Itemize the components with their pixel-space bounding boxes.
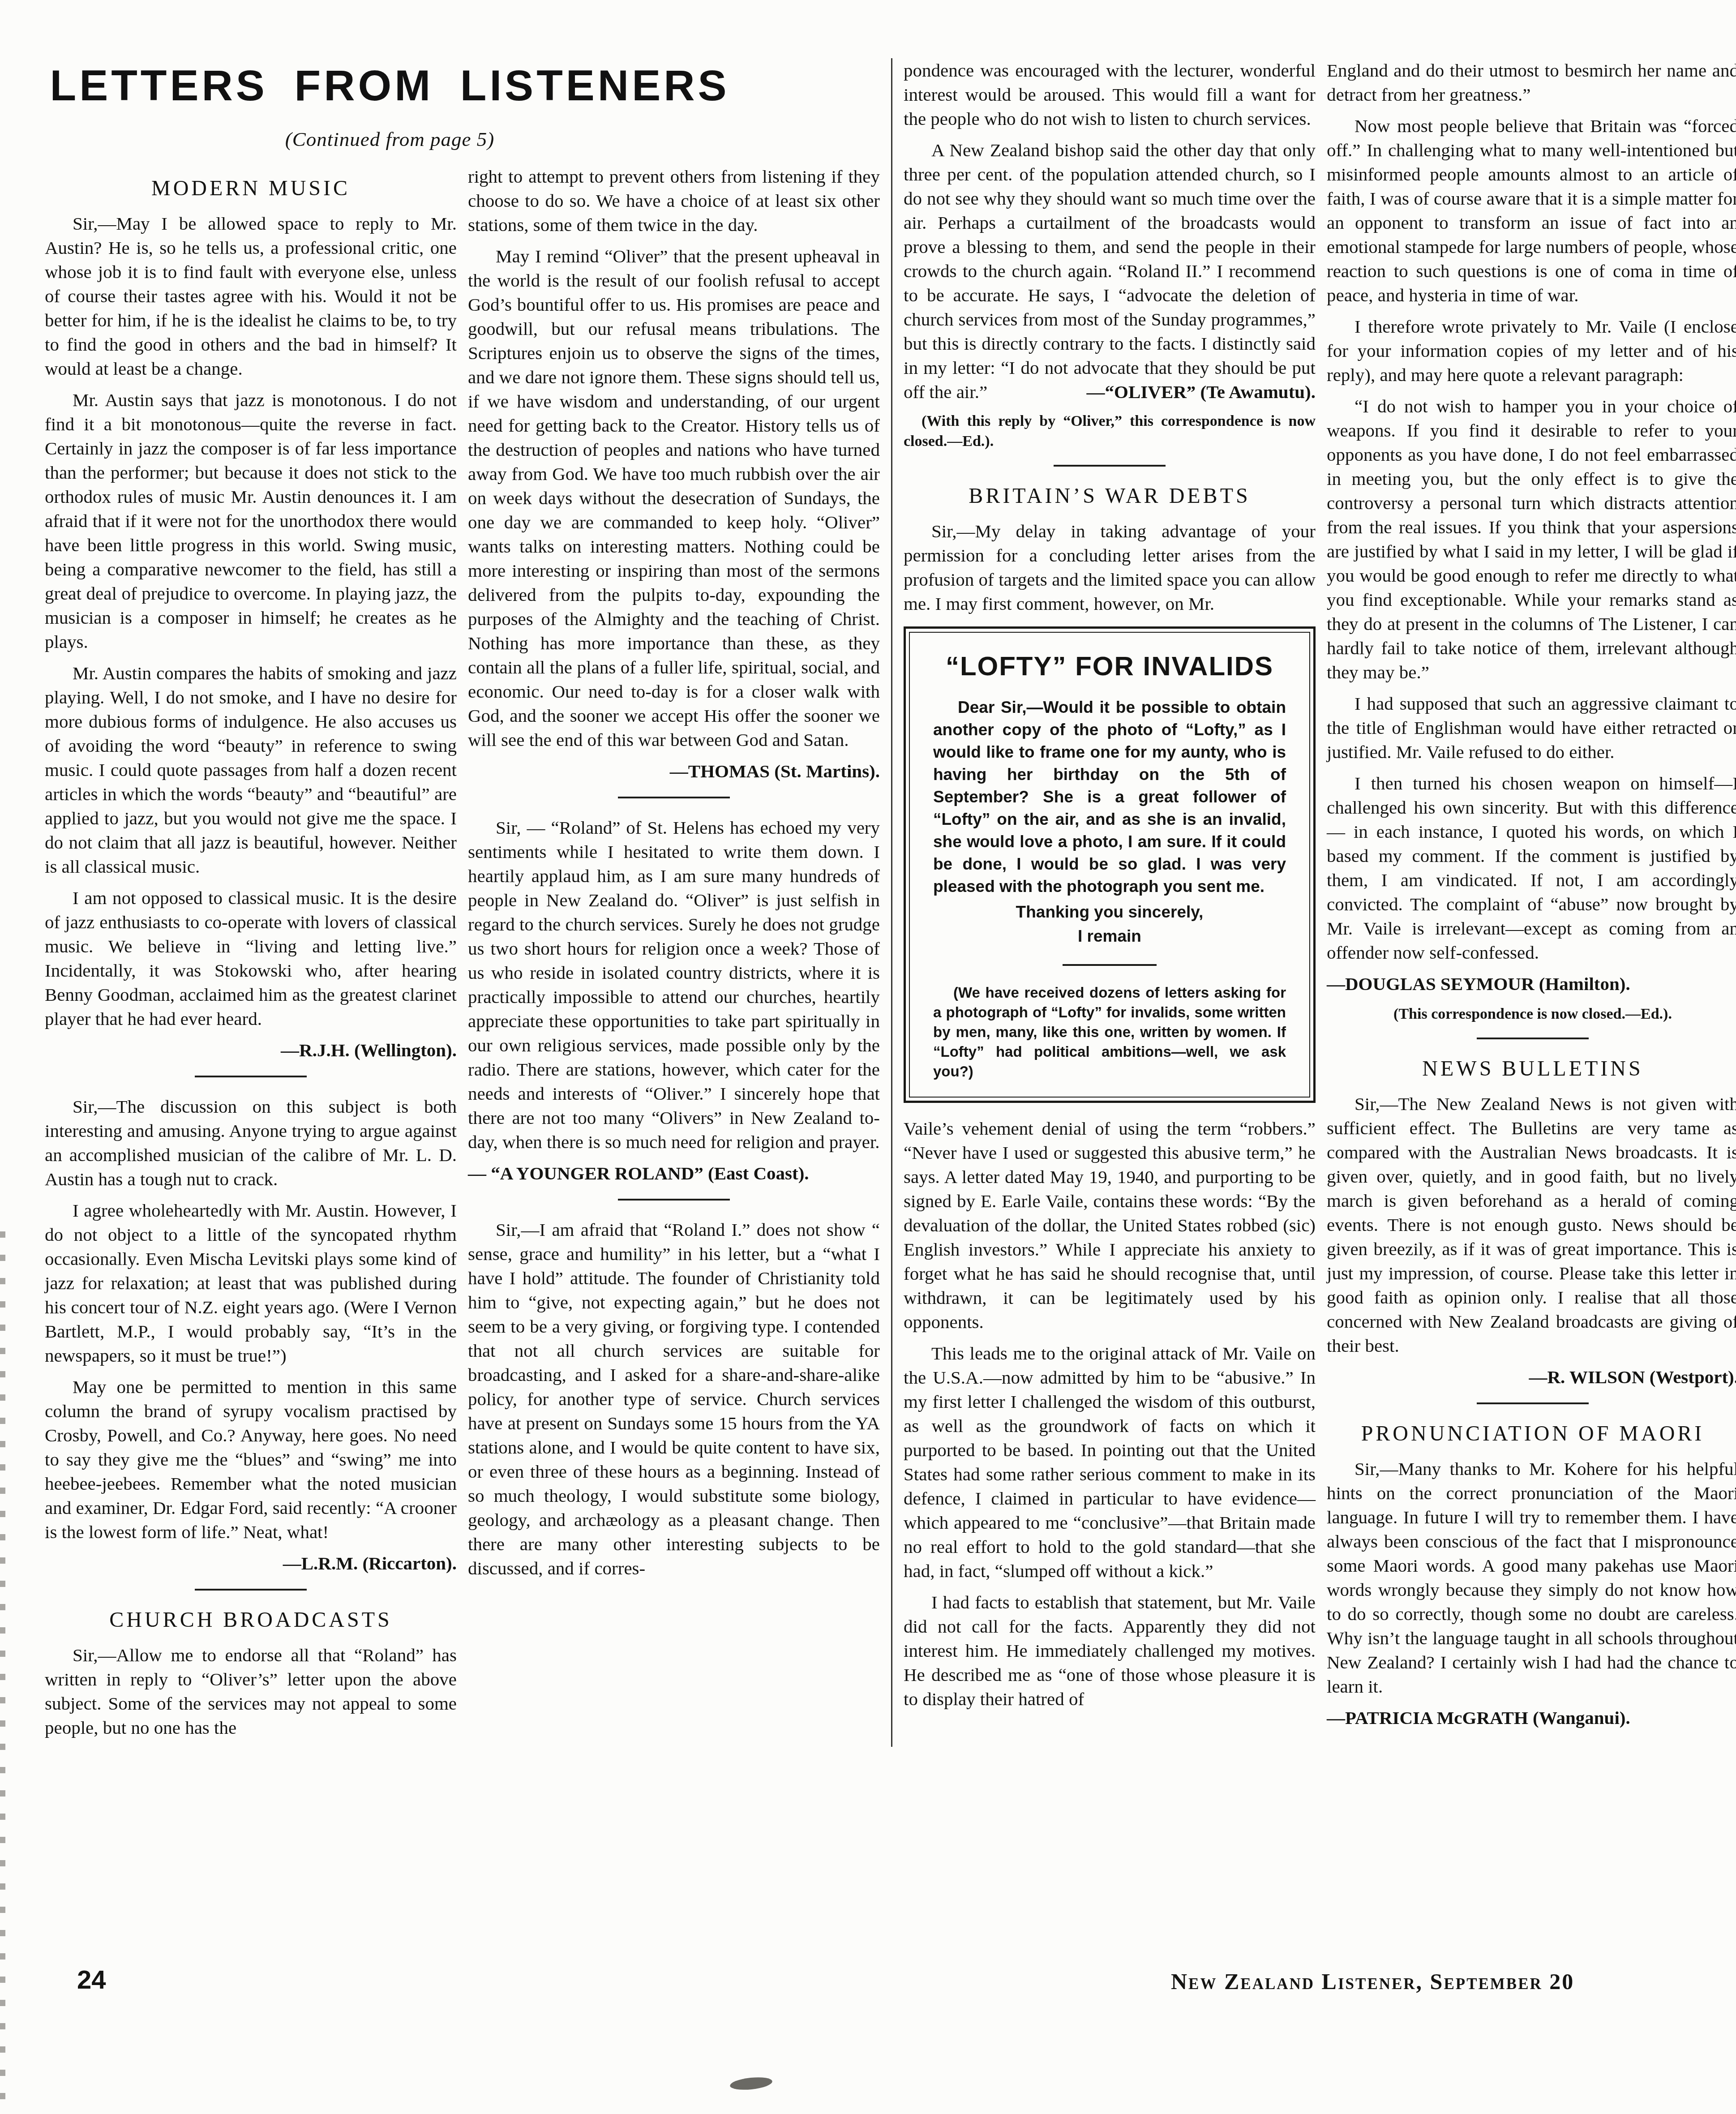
signature: —THOMAS (St. Martins).	[468, 759, 880, 783]
paragraph: Sir,—May I be allowed space to reply to …	[45, 211, 457, 381]
boxed-letter-editor-note: (We have received dozens of letters aski…	[933, 983, 1286, 1081]
column-3: pondence was encouraged with the lecture…	[891, 58, 1316, 1747]
column-2: right to attempt to prevent others from …	[468, 164, 880, 1747]
letter-heading: NEWS BULLETINS	[1327, 1056, 1736, 1081]
paragraph: I am not opposed to classical music. It …	[45, 886, 457, 1031]
column-4: England and do their utmost to besmirch …	[1327, 58, 1736, 1747]
paragraph-continuation: Vaile’s vehement denial of using the ter…	[904, 1116, 1316, 1334]
section-divider	[618, 797, 730, 798]
signature: —R.J.H. (Wellington).	[45, 1038, 457, 1062]
section-divider	[1054, 465, 1166, 467]
paragraph: Mr. Austin compares the habits of smokin…	[45, 661, 457, 879]
paragraph: I had facts to establish that statement,…	[904, 1590, 1316, 1711]
paragraph: Now most people believe that Britain was…	[1327, 114, 1736, 307]
section-divider	[618, 1199, 730, 1201]
paragraph: Sir,—Allow me to endorse all that “Rolan…	[45, 1643, 457, 1740]
section-divider	[195, 1589, 307, 1591]
paragraph: Sir, — “Roland” of St. Helens has echoed…	[468, 815, 880, 1154]
left-columns-area: LETTERS FROM LISTENERS (Continued from p…	[45, 58, 880, 1747]
paragraph: I had supposed that such an aggressive c…	[1327, 691, 1736, 764]
signature: —DOUGLAS SEYMOUR (Hamilton).	[1327, 972, 1736, 996]
scan-smudge-artifact	[729, 2075, 773, 2092]
paragraph: Sir,—My delay in taking advantage of you…	[904, 519, 1316, 616]
section-divider	[1477, 1038, 1589, 1039]
paragraph: Sir,—Many thanks to Mr. Kohere for his h…	[1327, 1457, 1736, 1698]
scan-edge-artifact	[0, 1231, 5, 2105]
page-content: LETTERS FROM LISTENERS (Continued from p…	[45, 58, 1736, 1747]
boxed-letter-body: Dear Sir,—Would it be possible to obtain…	[933, 696, 1286, 898]
page-title: LETTERS FROM LISTENERS	[47, 64, 732, 109]
paragraph: I therefore wrote privately to Mr. Vaile…	[1327, 314, 1736, 387]
page-header: LETTERS FROM LISTENERS (Continued from p…	[45, 58, 880, 164]
letter-heading: MODERN MUSIC	[45, 176, 457, 201]
signature: —R. WILSON (Westport).	[1327, 1365, 1736, 1389]
editor-note: (This correspondence is now closed.—Ed.)…	[1327, 1004, 1736, 1024]
paragraph: I then turned his chosen weapon on himse…	[1327, 771, 1736, 965]
page-subtitle: (Continued from page 5)	[47, 128, 732, 151]
paragraph: A New Zealand bishop said the other day …	[904, 138, 1316, 404]
signature-inline: —“OLIVER” (Te Awamutu).	[1050, 380, 1316, 404]
signature: —L.R.M. (Riccarton).	[45, 1551, 457, 1575]
section-divider	[195, 1076, 307, 1077]
letter-heading: CHURCH BROADCASTS	[45, 1608, 457, 1632]
signature: — “A YOUNGER ROLAND” (East Coast).	[468, 1161, 880, 1185]
letter-heading: PRONUNCIATION OF MAORI	[1327, 1421, 1736, 1446]
paragraph-continuation: right to attempt to prevent others from …	[468, 164, 880, 237]
paragraph: Sir,—The New Zealand News is not given w…	[1327, 1092, 1736, 1358]
paragraph: I agree wholeheartedly with Mr. Austin. …	[45, 1198, 457, 1368]
paragraph: May I remind “Oliver” that the present u…	[468, 244, 880, 752]
boxed-letter: “LOFTY” FOR INVALIDSDear Sir,—Would it b…	[904, 626, 1316, 1103]
boxed-letter-closing: Thanking you sincerely,	[933, 901, 1286, 923]
paragraph-continuation: England and do their utmost to besmirch …	[1327, 58, 1736, 107]
page-number: 24	[77, 1965, 106, 1995]
letter-heading: BRITAIN’S WAR DEBTS	[904, 484, 1316, 508]
paragraph: May one be permitted to mention in this …	[45, 1375, 457, 1544]
boxed-letter-inner: “LOFTY” FOR INVALIDSDear Sir,—Would it b…	[909, 632, 1310, 1098]
paragraph: Sir,—The discussion on this subject is b…	[45, 1094, 457, 1191]
newspaper-page: LETTERS FROM LISTENERS (Continued from p…	[0, 0, 1736, 2114]
paragraph: Mr. Austin says that jazz is monotonous.…	[45, 388, 457, 654]
paragraph: “I do not wish to hamper you in your cho…	[1327, 394, 1736, 684]
editor-note: (With this reply by “Oliver,” this corre…	[904, 411, 1316, 451]
boxed-letter-closing: I remain	[933, 926, 1286, 947]
paragraph: Sir,—I am afraid that “Roland I.” does n…	[468, 1218, 880, 1580]
paragraph-continuation: pondence was encouraged with the lecture…	[904, 58, 1316, 131]
columns-1-2: MODERN MUSICSir,—May I be allowed space …	[45, 164, 880, 1747]
footer-title: New Zealand Listener, September 20	[1171, 1968, 1574, 1994]
paragraph: This leads me to the original attack of …	[904, 1341, 1316, 1583]
section-divider	[1477, 1402, 1589, 1404]
signature: —PATRICIA McGRATH (Wanganui).	[1327, 1706, 1736, 1730]
section-divider	[1063, 964, 1157, 966]
column-1: MODERN MUSICSir,—May I be allowed space …	[45, 164, 457, 1747]
boxed-letter-title: “LOFTY” FOR INVALIDS	[933, 652, 1286, 681]
